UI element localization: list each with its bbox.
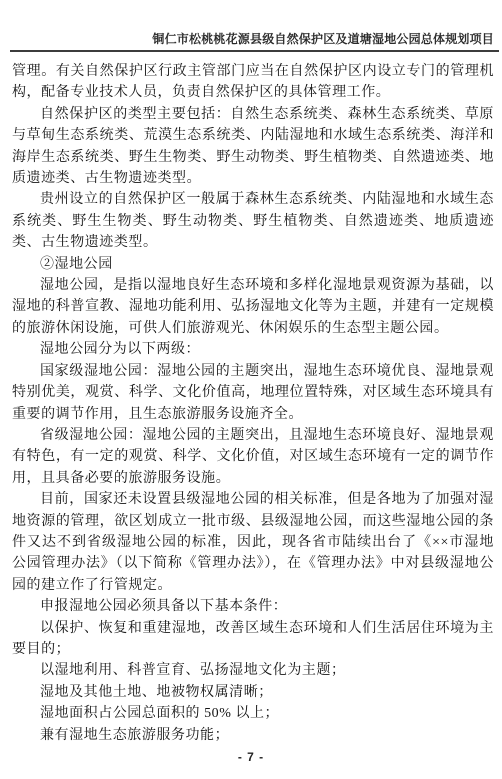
page-number: - 7 - (238, 750, 264, 764)
paragraph: 湿地公园，是指以湿地良好生态环境和多样化湿地景观资源为基础，以湿地的科普宣教、湿… (12, 275, 494, 339)
paragraph: 国家级湿地公园：湿地公园的主题突出，湿地生态环境优良、湿地景观特别优美，观赏、科… (12, 361, 494, 425)
paragraph: 湿地及其他土地、地被物权属清晰； (12, 682, 494, 703)
paragraph: 省级湿地公园：湿地公园的主题突出，且湿地生态环境良好、湿地景观有特色，有一定的观… (12, 425, 494, 489)
paragraph: 申报湿地公园必须具备以下基本条件： (12, 596, 494, 617)
header-title: 铜仁市松桃桃花源县级自然保护区及道塘湿地公园总体规划项目 (152, 30, 494, 47)
paragraph: 目前，国家还未设置县级湿地公园的相关标准，但是各地为了加强对湿地资源的管理，欲区… (12, 489, 494, 596)
paragraph: 湿地公园分为以下两级： (12, 339, 494, 360)
paragraph: 自然保护区的类型主要包括：自然生态系统类、森林生态系统类、草原与草甸生态系统类、… (12, 104, 494, 190)
document-page: 铜仁市松桃桃花源县级自然保护区及道塘湿地公园总体规划项目 管理。有关自然保护区行… (0, 0, 502, 779)
paragraph: 兼有湿地生态旅游服务功能； (12, 725, 494, 746)
paragraph: 湿地面积占公园总面积的 50% 以上； (12, 703, 494, 724)
paragraph: 以湿地利用、科普宣育、弘扬湿地文化为主题； (12, 660, 494, 681)
document-body: 管理。有关自然保护区行政主管部门应当在自然保护区内设立专门的管理机构，配备专业技… (12, 61, 494, 746)
page-footer: - 7 - (0, 748, 502, 766)
paragraph: 以保护、恢复和重建湿地，改善区域生态环境和人们生活居住环境为主要目的； (12, 618, 494, 661)
paragraph: 管理。有关自然保护区行政主管部门应当在自然保护区内设立专门的管理机构，配备专业技… (12, 61, 494, 104)
paragraph: ②湿地公园 (12, 254, 494, 275)
header-rule (10, 50, 499, 52)
paragraph: 贵州设立的自然保护区一般属于森林生态系统类、内陆湿地和水域生态系统类、野生生物类… (12, 189, 494, 253)
